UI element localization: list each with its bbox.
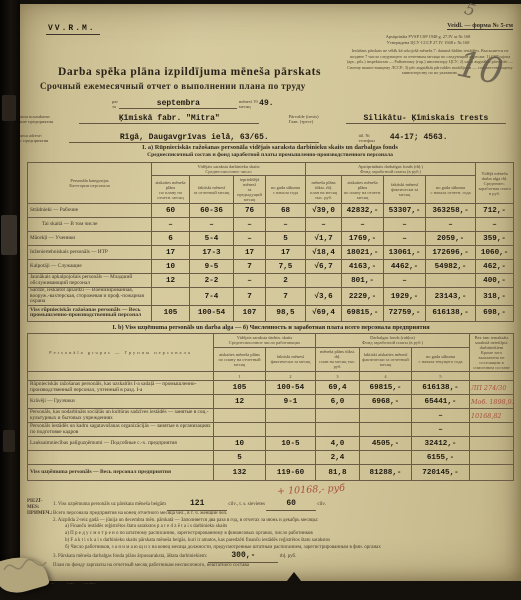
table-row: Krāvēji — Грузчики 129-1 6,06968,- 65441… — [28, 395, 514, 409]
table-row: Mācekļi — Ученики 65-4 –5 √1,71769,- –20… — [28, 232, 514, 246]
note-2a-ru: а) П р е д у с м о т р е н о по штатному… — [53, 531, 515, 538]
menesi-label: mēnesī 19месяц — [239, 99, 258, 109]
handwritten-page-number: 10 — [453, 44, 506, 94]
note-2: 2. Aizpilda 2-reiz gadā — jūnija un dece… — [53, 518, 515, 525]
page-title: Darba spēka plāna izpildījuma mēneša pār… — [58, 66, 321, 78]
section-a-heading: I. a) Rūpnieciskās ražošanas personāla v… — [50, 144, 490, 160]
table-row: Personāls, kas nodarbināts sociālās un k… — [28, 409, 514, 423]
section-b-heading: I. b) Viss uzņēmuma personāls un darba a… — [27, 324, 515, 331]
form-number-label: Veidl. — форма № 5-гм — [447, 22, 513, 30]
addr-label: uma adrese:с предприятия — [20, 133, 68, 143]
t2-group-headcount: Vidējais saraksta darbin. skaitsСреднесп… — [214, 333, 316, 347]
table-row: Strādnieki — Рабочие 6060-36 7668 √39,04… — [28, 204, 514, 218]
table-row: Inženiertehniskais personāls — ИТР 1717-… — [28, 246, 514, 260]
t2-header-groups: Personāla grupas — Группы персонала Vidē… — [28, 333, 514, 347]
org-address-row: uma adrese:с предприятия Rīgā, Daugavgrī… — [20, 133, 521, 143]
t2-label-header: Personāla grupas — Группы персонала — [28, 333, 214, 371]
department-code: VV.R.M. — [46, 24, 100, 35]
page-title-russian: Срочный ежемесячный отчет о выполнении п… — [40, 81, 306, 91]
approval-lines: Apstiprināta PVSP CSP 1948 g. 27.IV ar №… — [343, 34, 513, 45]
note-3-ru: План по фонду зарплаты на отчетный месяц… — [53, 563, 515, 570]
t1-total-row: Viss rūpnieciskās ražošanas personāls — … — [28, 305, 514, 321]
note-1-ru: Всего персонала предприятия на конец отч… — [53, 511, 515, 518]
handwritten-margin-note: ЛП 274/30 — [470, 381, 514, 395]
women-count-value: 60 — [266, 499, 316, 511]
spine-blot — [1, 215, 17, 255]
handwritten-margin-note: 10168,82 — [470, 409, 514, 423]
year-field: 49. — [259, 99, 273, 108]
all-personnel-table: Personāla grupas — Группы персонала Vidē… — [27, 333, 514, 481]
note-2b-ru: б) Число работников, з а н и м а ю щ и х… — [53, 545, 515, 552]
handwritten-scribble — [0, 548, 60, 588]
table-row: Jaunākais apkalpojošais personāls — Млад… — [28, 274, 514, 288]
note-2b-lv: b) F a k t i s k a i s darbinieku skaits… — [53, 538, 515, 545]
handwritten-margin-note: Моб. 1898,93 — [470, 395, 514, 409]
t1-avg-wage-header: Vidējā mēneša darba alga rbļ.Среднемес. … — [476, 163, 514, 204]
total-persons-value: 121 — [167, 499, 227, 511]
industrial-personnel-table: Personāla kategorijasКатегории персонала… — [27, 162, 514, 322]
table-row: 5 2,4 6155,- — [28, 451, 514, 465]
spine-blot — [2, 95, 16, 121]
phone-value: 44-17; 4563. — [390, 133, 448, 142]
table-row: Lauksaimniecības palīguzņēmumi — Подсобн… — [28, 437, 514, 451]
note-2a-lv: a) Finanču iestādēs reģistrētos štatu sa… — [53, 524, 515, 531]
t1-group-wagefund: Apstiprinātais darbalgas fonds (rbļ.)Фон… — [306, 163, 476, 176]
table-row: Kalpotāji — Служащие 109-5 77,5 √6,74163… — [28, 260, 514, 274]
t2-column-numbers: 12 34 5 — [28, 372, 514, 381]
scan-bottom-edge — [0, 584, 521, 600]
scanned-report-page: VV.R.M. Veidl. — форма № 5-гм Apstiprinā… — [0, 0, 521, 600]
table-row: Personāls iestādēs un kadru sagatavošana… — [28, 423, 514, 437]
mgmt-value: Silikātu- Ķīmiskais trests — [346, 114, 506, 124]
org-name-row: uma nosaukumsние предприятия Ķīmiskā fab… — [20, 114, 521, 124]
approval-ru: Утверждена ЦСУ СССР 27.IV 1948 г. № 168 — [343, 40, 513, 46]
table-row: Sardze, ieskaitot apsardzi — Военизирова… — [28, 288, 514, 306]
par-label: parза — [112, 99, 118, 109]
paper-sheet: VV.R.M. Veidl. — форма № 5-гм Apstiprinā… — [20, 4, 521, 581]
book-spine-shadow — [0, 0, 20, 600]
offlist-wage-plan-value: 300,- — [208, 551, 278, 563]
month-field: septembra — [119, 99, 237, 109]
org-name-value: Ķīmiskā fabr. "Mitra" — [79, 114, 259, 124]
phone-label: tāl. №телефон — [359, 133, 389, 143]
addr-value: Rīgā, Daugavgrīvas ielā, 63/65. — [69, 133, 319, 143]
table-row: Tai skaitā — В том числе –– –– –– –– – — [28, 218, 514, 232]
spine-blot — [3, 430, 15, 452]
footnotes: PIEZĪ-MES:ПРИМЕЧ.: 1. Viss uzņēmuma pers… — [27, 499, 515, 570]
table-row: Rūpnieciskās ražošanas personāls, kas uz… — [28, 381, 514, 395]
note-1: 1. Viss uzņēmuma personāls uz pārskata m… — [53, 499, 515, 511]
t1-label-header: Personāla kategorijasКатегории персонала — [28, 163, 152, 204]
note-3: 3. Pārskata mēneša darbalgas fonda plāns… — [53, 551, 515, 563]
report-period: parза septembra mēnesī 19месяц 49. — [112, 99, 274, 109]
handwritten-mark: 5 — [462, 0, 478, 20]
t1-group-headcount: Vidējais saraksta darbinieku skaitsСредн… — [152, 163, 306, 176]
t2-offlist-header: Bez tam izmaksāts sarakstā neietilpst. d… — [470, 333, 514, 371]
mgmt-label: Pārvalde (trests)Глав. (трест) — [289, 114, 345, 124]
t1-header-groups: Personāla kategorijasКатегории персонала… — [28, 163, 514, 176]
org-name-label: uma nosaukumsние предприятия — [20, 114, 78, 124]
t2-group-wagefund: Darbalgas fonds (rubļos)Фонд заработной … — [316, 333, 470, 347]
